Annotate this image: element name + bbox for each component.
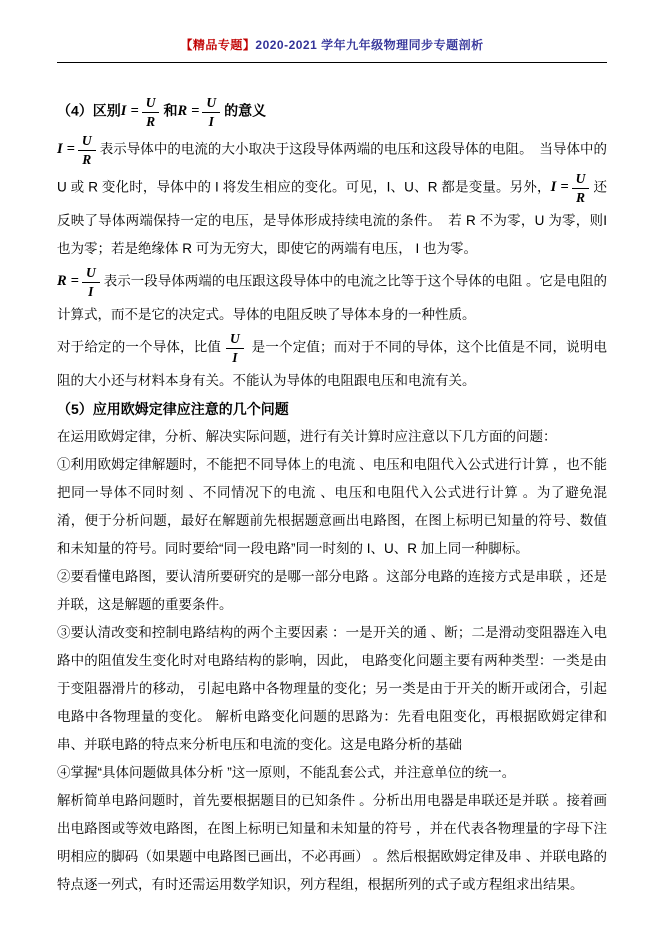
heading-4-post: 的意义 xyxy=(224,102,266,118)
list-item-2: ②要看懂电路图，要认清所要研究的是哪一部分电路 。这部分电路的连接方式是串联 ，… xyxy=(57,563,607,619)
paragraph-closing: 解析简单电路问题时，首先要根据题目的已知条件 。分析出用电器是串联还是并联 。接… xyxy=(57,787,607,899)
formula-r-equals-u-over-i: R=UI xyxy=(57,273,101,289)
fraction: UI xyxy=(202,95,220,129)
formula-i-equals-u-over-r: I=UR xyxy=(57,141,97,157)
paragraph-text: 表示导体中的电流的大小取决于这段导体两端的电压和这段导体的电阻。 当导体中的 U… xyxy=(57,141,607,194)
fraction: UR xyxy=(78,133,96,167)
paragraph-i-formula-meaning: I=UR表示导体中的电流的大小取决于这段导体两端的电压和这段导体的电阻。 当导体… xyxy=(57,131,607,263)
fraction: UR xyxy=(572,171,590,205)
paragraph-r-formula-meaning: R=UI表示一段导体两端的电压跟这段导体中的电流之比等于这个导体的电阻 。它是电… xyxy=(57,263,607,329)
formula-i-equals-u-over-r: I=UR xyxy=(121,103,161,119)
list-item-1: ①利用欧姆定律解题时，不能把不同导体上的电流 、电压和电阻代入公式进行计算 ，也… xyxy=(57,451,607,563)
paragraph-ratio-constant: 对于给定的一个导体，比值 UI 是一个定值；而对于不同的导体，这个比值是不同，说… xyxy=(57,329,607,395)
heading-4-pre: （4）区别 xyxy=(57,102,121,118)
fraction: UI xyxy=(82,265,100,299)
list-item-4: ④掌握“具体问题做具体分析 ”这一原则，不能乱套公式，并注意单位的统一。 xyxy=(57,759,607,787)
paragraph-text: 对于给定的一个导体，比值 xyxy=(57,339,225,354)
header-title: 2020-2021 学年九年级物理同步专题剖析 xyxy=(255,38,483,52)
paragraph-intro: 在运用欧姆定律，分析、解决实际问题，进行有关计算时应注意以下几方面的问题： xyxy=(57,423,607,451)
list-item-3: ③要认清改变和控制电路结构的两个主要因素 ：一是开关的通 、断；二是滑动变阻器连… xyxy=(57,619,607,759)
formula-u-over-i: UI xyxy=(225,339,245,355)
page-header: 【精品专题】2020-2021 学年九年级物理同步专题剖析 xyxy=(57,36,607,63)
heading-4-mid: 和 xyxy=(163,102,177,118)
section-5-heading: （5）应用欧姆定律应注意的几个问题 xyxy=(57,395,607,423)
section-4-heading: （4）区别I=UR和R=UI的意义 xyxy=(57,93,607,131)
header-badge: 【精品专题】 xyxy=(180,38,255,52)
fraction: UR xyxy=(142,95,160,129)
formula-i-equals-u-over-r: I=UR xyxy=(551,179,591,195)
paragraph-text: 表示一段导体两端的电压跟这段导体中的电流之比等于这个导体的电阻 。它是电阻的计算… xyxy=(57,273,607,322)
formula-r-equals-u-over-i: R=UI xyxy=(177,103,221,119)
fraction: UI xyxy=(226,331,244,365)
document-body: （4）区别I=UR和R=UI的意义 I=UR表示导体中的电流的大小取决于这段导体… xyxy=(57,63,607,899)
document-page: 【精品专题】2020-2021 学年九年级物理同步专题剖析 （4）区别I=UR和… xyxy=(0,0,661,936)
